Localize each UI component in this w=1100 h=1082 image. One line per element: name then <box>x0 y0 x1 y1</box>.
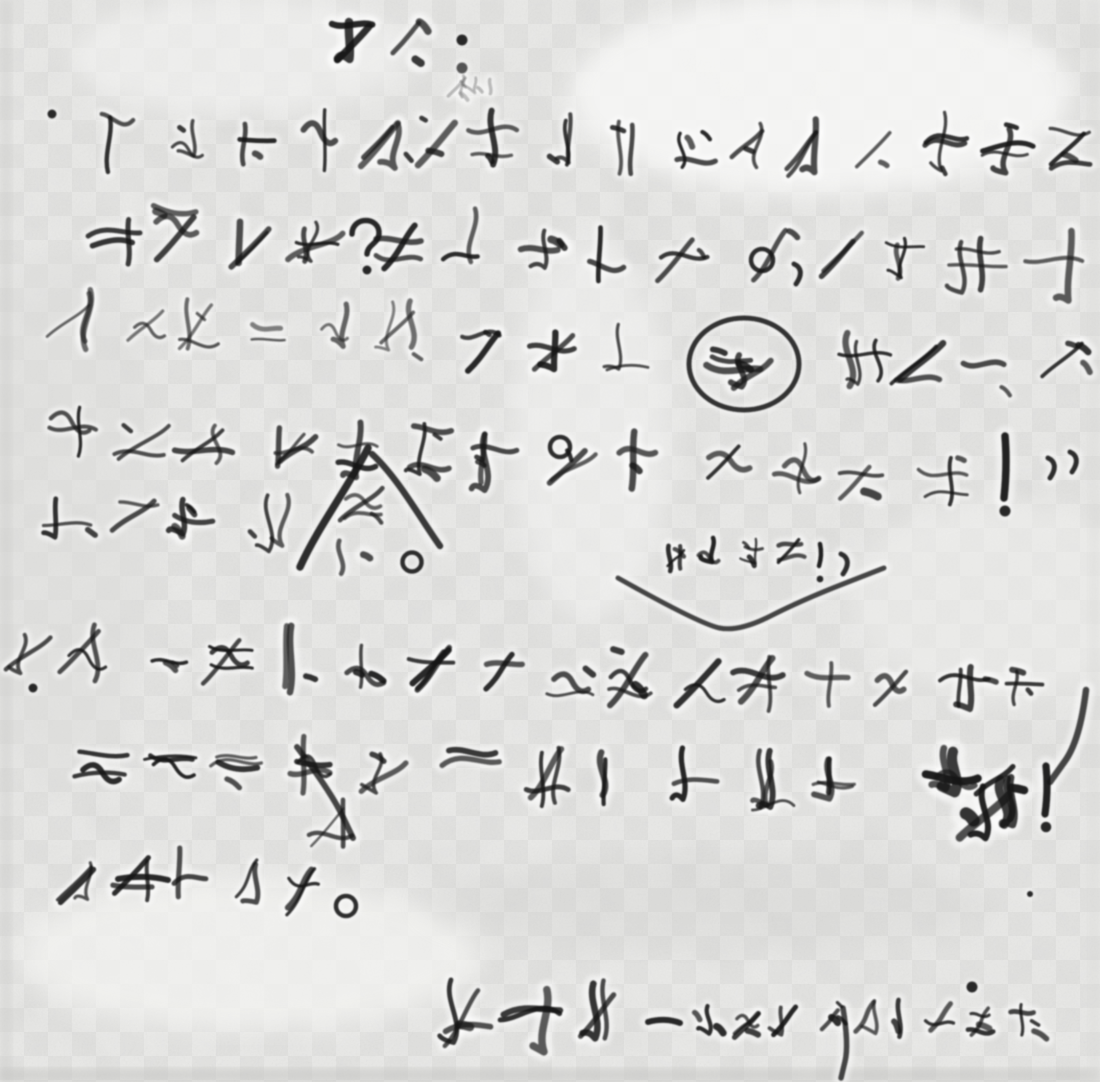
mark-dot <box>1027 891 1033 897</box>
letter-canvas <box>0 0 1100 1082</box>
mark-dash <box>118 877 168 880</box>
paper-patch <box>0 1068 1100 1082</box>
mark-dot <box>29 684 38 693</box>
mark-dot <box>967 982 978 993</box>
mark-dot <box>48 110 57 119</box>
mark-dash <box>648 1020 680 1023</box>
scanned-letter-page <box>0 0 1100 1082</box>
paper-patch <box>510 240 670 620</box>
